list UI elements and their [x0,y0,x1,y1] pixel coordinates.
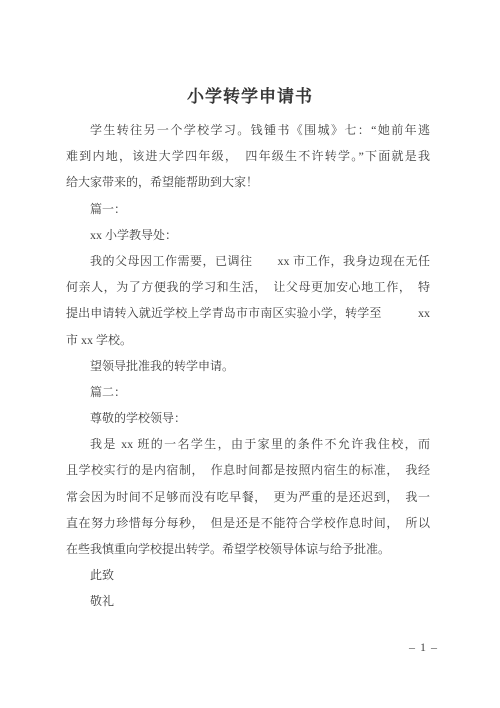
text-line: 此致 [66,562,430,588]
document-title: 小学转学申请书 [0,87,500,107]
text-line: 篇二： [66,379,430,405]
text-line: 提出申请转入就近学校上学青岛市市南区实验小学，转学至 xx [66,300,430,326]
text-line: 何亲人，为了方便我的学习和生活， 让父母更加安心地工作， 特 [66,274,430,300]
text-line: 难到内地，该进大学四年级， 四年级生不许转学。”下面就是我 [66,143,430,169]
text-line: 尊敬的学校领导： [66,405,430,431]
text-line: 常会因为时间不足够而没有吃早餐， 更为严重的是还迟到， 我一 [66,484,430,510]
text-line: 我是 xx 班的一名学生，由于家里的条件不允许我住校，而 [66,431,430,457]
text-line: xx 小学教导处： [66,222,430,248]
document-body: 学生转往另一个学校学习。钱锺书《围城》七：“她前年逃 难到内地，该进大学四年级，… [66,117,430,615]
page-number: – 1 – [409,640,438,655]
text-line: 学生转往另一个学校学习。钱锺书《围城》七：“她前年逃 [66,117,430,143]
text-line: 给大家带来的，希望能帮助到大家！ [66,169,430,195]
text-line: 且学校实行的是内宿制， 作息时间都是按照内宿生的标准， 我经 [66,457,430,483]
text-line: 在些我慎重向学校提出转学。希望学校领导体谅与给予批准。 [66,536,430,562]
text-line: 直在努力珍惜每分每秒， 但是还是不能符合学校作息时间， 所以 [66,510,430,536]
text-line: 我的父母因工作需要，已调往 xx 市工作，我身边现在无任 [66,248,430,274]
text-line: 篇一： [66,196,430,222]
document-page: 小学转学申请书 学生转往另一个学校学习。钱锺书《围城》七：“她前年逃 难到内地，… [0,0,500,708]
text-line: 市 xx 学校。 [66,327,430,353]
text-line: 望领导批准我的转学申请。 [66,353,430,379]
text-line: 敬礼 [66,588,430,614]
